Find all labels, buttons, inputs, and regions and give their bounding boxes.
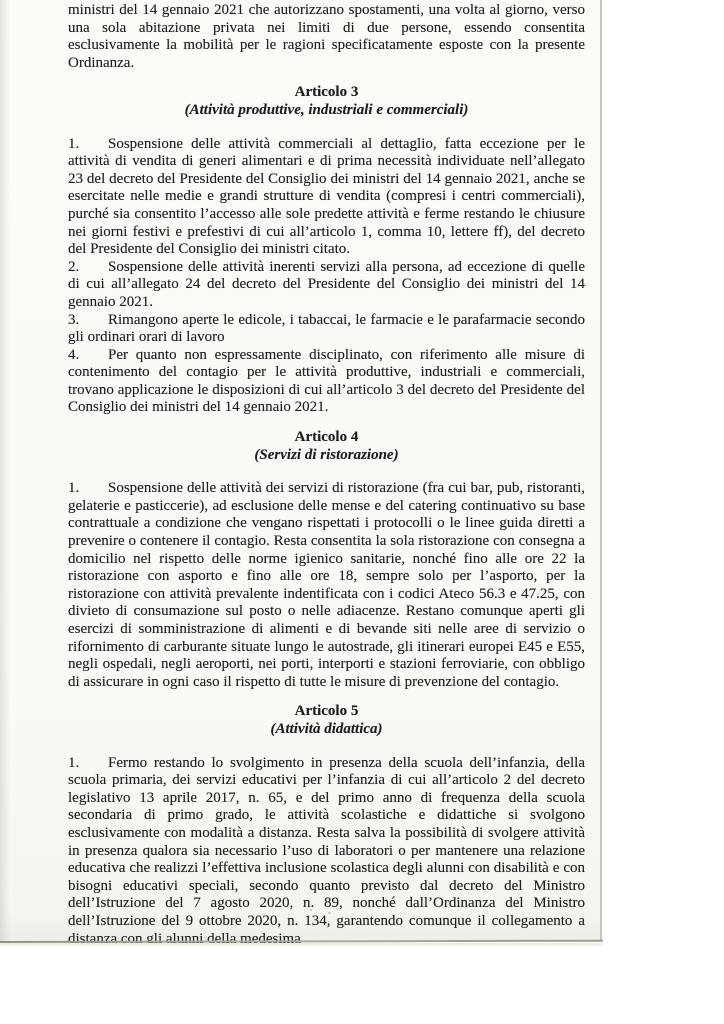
article-title: Articolo 3 bbox=[68, 84, 585, 102]
article-subtitle: (Attività produttive, industriali e comm… bbox=[68, 102, 585, 120]
item-number: 3. bbox=[68, 312, 108, 330]
article-section: Articolo 3 (Attività produttive, industr… bbox=[68, 84, 585, 417]
item-number: 1. bbox=[68, 755, 108, 773]
scanned-document-page: ministri del 14 gennaio 2021 che autoriz… bbox=[0, 0, 602, 941]
article-item: 1.Sospensione delle attività dei servizi… bbox=[68, 480, 585, 691]
article-items: 1.Sospensione delle attività dei servizi… bbox=[68, 480, 585, 691]
scan-speck bbox=[310, 909, 312, 911]
scan-speck bbox=[328, 912, 331, 914]
scan-page-right-edge bbox=[600, 0, 602, 941]
article-item: 3.Rimangono aperte le edicole, i tabacca… bbox=[68, 312, 585, 347]
item-number: 1. bbox=[68, 480, 108, 498]
item-text: Per quanto non espressamente disciplinat… bbox=[68, 347, 585, 416]
item-text: Sospensione delle attività dei servizi d… bbox=[68, 480, 585, 690]
item-text: Sospensione delle attività inerenti serv… bbox=[68, 259, 585, 310]
item-number: 2. bbox=[68, 259, 108, 277]
article-title: Articolo 5 bbox=[68, 703, 585, 721]
articles: Articolo 3 (Attività produttive, industr… bbox=[68, 84, 585, 948]
item-text: Sospensione delle attività commerciali a… bbox=[68, 136, 585, 258]
article-subtitle: (Attività didattica) bbox=[68, 721, 585, 739]
scan-page-bottom-shadow bbox=[0, 943, 603, 948]
item-text: Rimangono aperte le edicole, i tabaccai,… bbox=[68, 312, 585, 346]
article-item: 2.Sospensione delle attività inerenti se… bbox=[68, 259, 585, 312]
item-number: 1. bbox=[68, 136, 108, 154]
document-body: ministri del 14 gennaio 2021 che autoriz… bbox=[0, 0, 602, 948]
article-items: 1.Fermo restando lo svolgimento in prese… bbox=[68, 755, 585, 949]
intro-paragraph: ministri del 14 gennaio 2021 che autoriz… bbox=[68, 2, 585, 72]
article-item: 1.Fermo restando lo svolgimento in prese… bbox=[68, 755, 585, 949]
article-items: 1.Sospensione delle attività commerciali… bbox=[68, 136, 585, 418]
article-item: 4.Per quanto non espressamente disciplin… bbox=[68, 347, 585, 417]
screenshot-viewport: ministri del 14 gennaio 2021 che autoriz… bbox=[0, 0, 724, 1024]
item-number: 4. bbox=[68, 347, 108, 365]
article-title: Articolo 4 bbox=[68, 429, 585, 447]
article-subtitle: (Servizi di ristorazione) bbox=[68, 447, 585, 465]
item-text: Fermo restando lo svolgimento in presenz… bbox=[68, 755, 585, 947]
article-section: Articolo 4 (Servizi di ristorazione) 1.S… bbox=[68, 429, 585, 691]
article-item: 1.Sospensione delle attività commerciali… bbox=[68, 136, 585, 259]
article-section: Articolo 5 (Attività didattica) 1.Fermo … bbox=[68, 703, 585, 948]
